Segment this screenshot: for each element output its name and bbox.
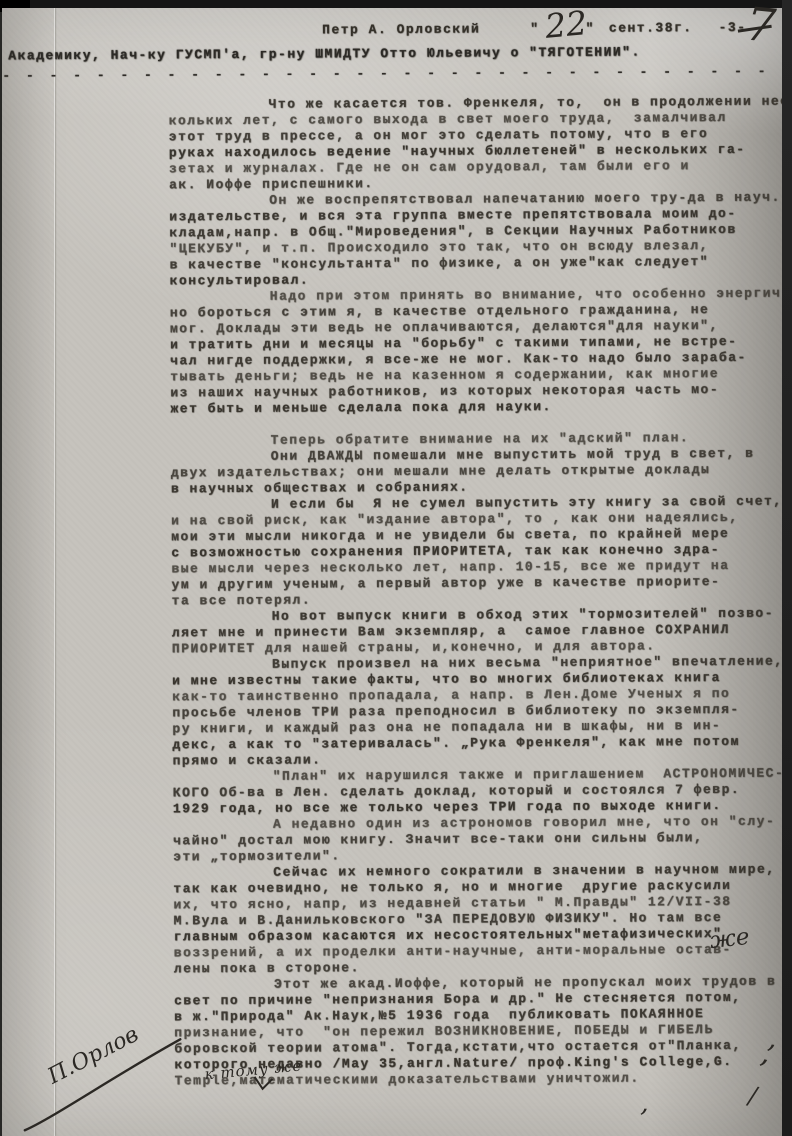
header-date: сент.38г. <box>609 20 693 36</box>
date-open-quote: " <box>530 21 539 36</box>
paragraph: Выпуск произвел на них весьма "неприятно… <box>172 654 792 770</box>
paragraph: И если бы Я не сумел выпустить эту книгу… <box>171 494 792 610</box>
page-number: -3- <box>719 20 747 35</box>
paragraph: Но вот выпуск книги в обход этих "тормоз… <box>172 606 792 658</box>
paragraph: "План" их нарушился также и приглашением… <box>173 766 792 818</box>
caret-v-icon <box>253 1075 275 1091</box>
paragraph: А недавно один из астрономов говорил мне… <box>173 814 792 866</box>
handwritten-slash-mark: / <box>747 1081 758 1110</box>
header-addressee: Академику, Нач-ку ГУСМП'а, гр-ну ШМИДТУ … <box>8 44 641 63</box>
handwritten-insert-zhe: же <box>708 924 750 954</box>
handwritten-date-day: 22 <box>543 3 588 46</box>
document-photo: Петр А. Орловский " " сент.38г. -3- Акад… <box>0 0 792 1136</box>
paragraph: Надо при этом принять во внимание, что о… <box>170 286 791 418</box>
dashed-separator: - - - - - - - - - - - - - - - - - - - - … <box>2 64 792 84</box>
handwritten-page-number: 7 <box>744 0 778 53</box>
paragraph: Что же касается тов. Френкеля, то, он в … <box>169 94 790 194</box>
paragraph: Они ДВАЖДЫ помешали мне выпустить мой тр… <box>171 446 791 498</box>
paper-sheet: Петр А. Орловский " " сент.38г. -3- Акад… <box>2 8 783 1136</box>
header-author: Петр А. Орловский <box>322 21 480 37</box>
handwritten-comma-mark: , <box>640 1088 650 1118</box>
signature-text: П.Орлов <box>43 1022 143 1090</box>
photo-edge-right <box>782 0 792 1136</box>
typed-line: жет быть и меньше сделала пока для науки… <box>170 398 790 418</box>
typed-content: Петр А. Орловский " " сент.38г. -3- Акад… <box>2 6 790 1136</box>
body-paragraphs: Что же касается тов. Френкеля, то, он в … <box>169 94 792 1090</box>
handwritten-signature: П.Орлов <box>18 1017 194 1136</box>
paragraph: Сейчас их немного сократили в значении в… <box>173 862 792 978</box>
header-line-1: Петр А. Орловский " " сент.38г. -3- <box>322 20 746 38</box>
paragraph: Он же воспрепятствовал напечатанию моего… <box>169 190 790 290</box>
